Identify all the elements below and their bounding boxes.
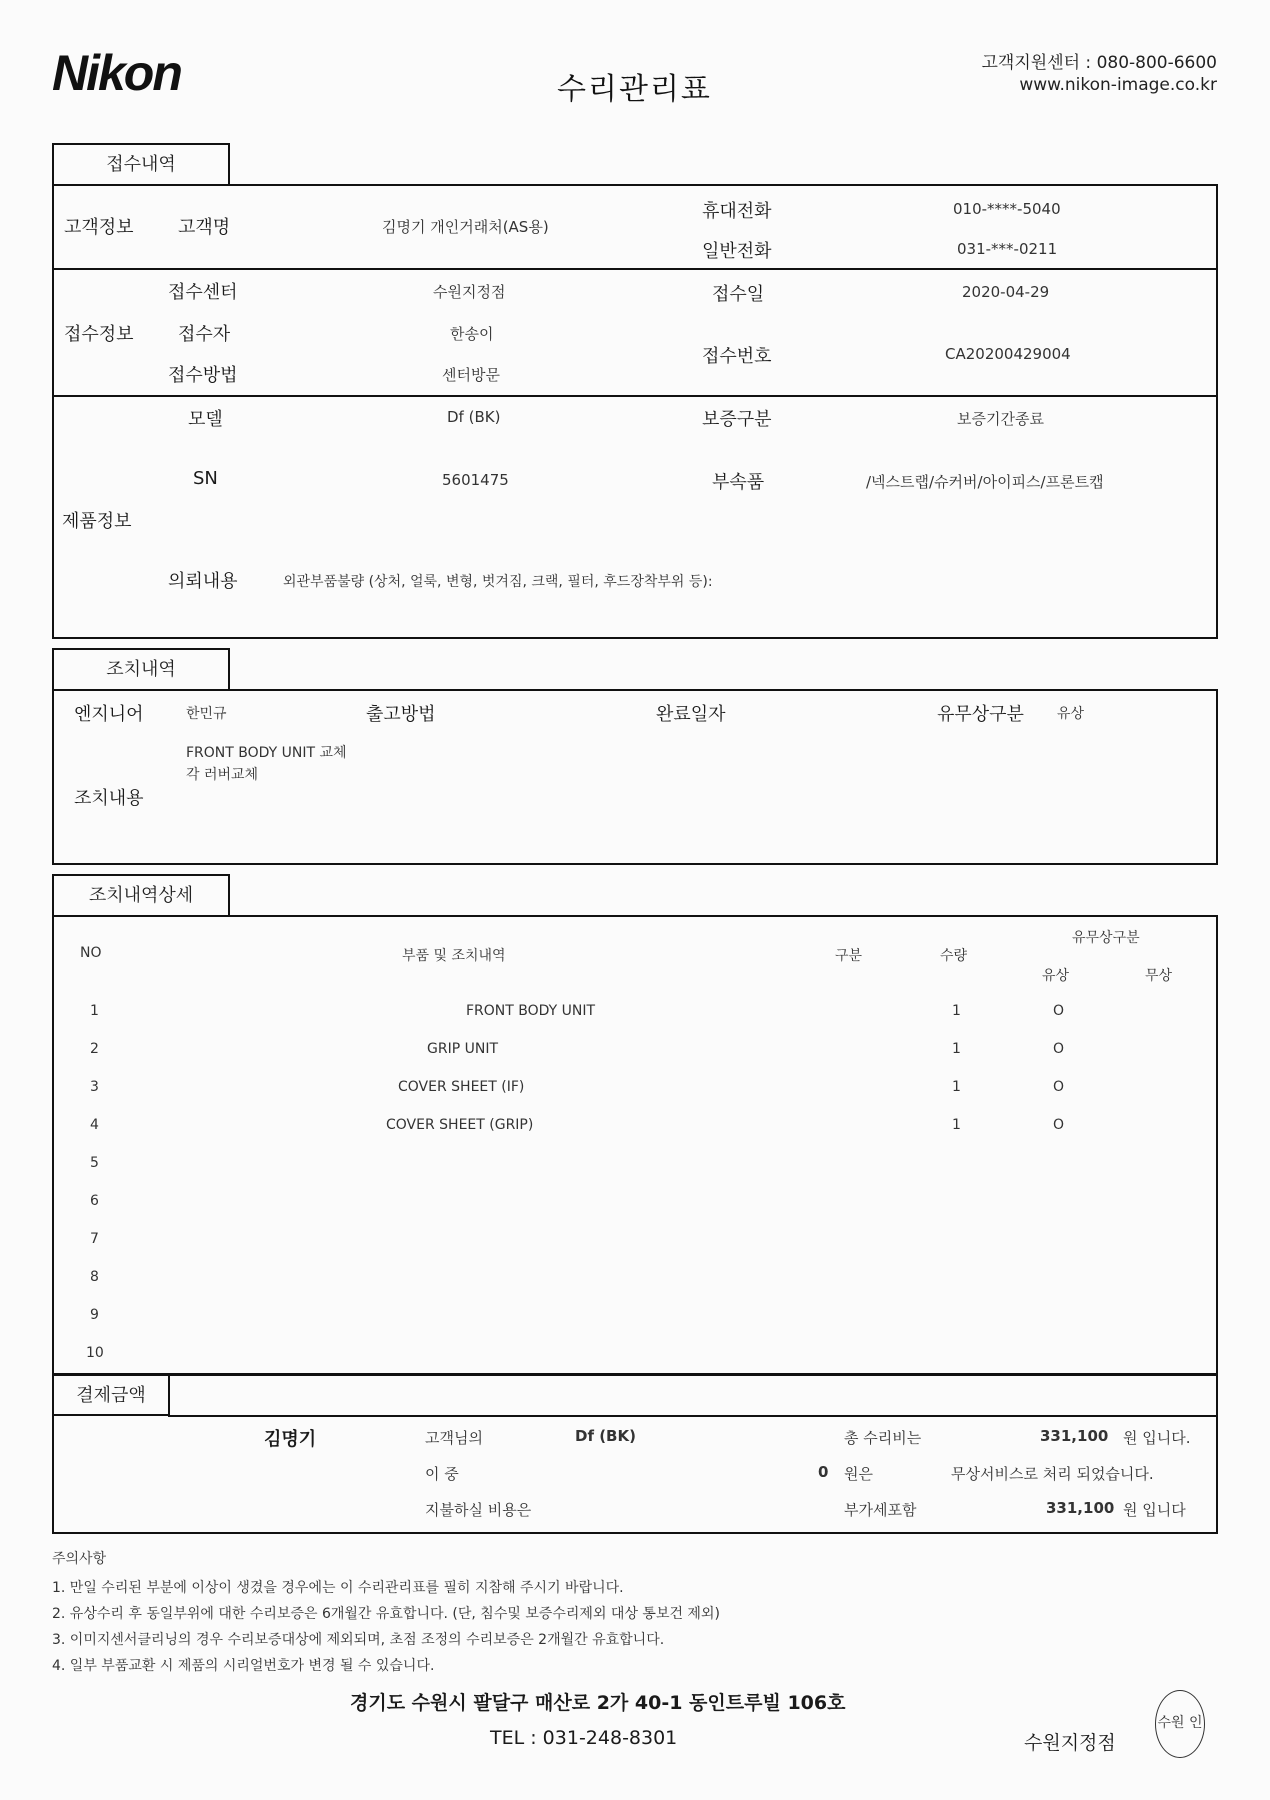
section-tab-reception: 접수내역 [52,143,230,185]
request-value: 외관부품불량 (상처, 얼룩, 변형, 벗겨짐, 크랙, 필터, 후드장착부위 … [283,571,713,591]
col-header-charge-group: 유무상구분 [1072,927,1140,947]
row-item: GRIP UNIT [427,1041,498,1057]
section-tab-detail: 조치내역상세 [52,874,230,916]
note-item: 2. 유상수리 후 동일부위에 대한 수리보증은 6개월간 유효합니다. (단,… [52,1603,720,1623]
total-suffix: 원 입니다. [1123,1427,1191,1448]
footer-tel: TEL : 031-248-8301 [490,1727,677,1749]
row-no: 1 [90,1003,99,1019]
divider [168,1415,1218,1417]
nikon-logo: Nikon [52,44,181,102]
payment-customer-suffix: 고객님의 [425,1427,483,1448]
note-item: 4. 일부 부품교환 시 제품의 시리얼번호가 변경 될 수 있습니다. [52,1655,434,1675]
payable-suffix: 원 입니다 [1123,1499,1186,1520]
engineer-label: 엔지니어 [74,700,144,726]
website-link[interactable]: www.nikon-image.co.kr [1019,75,1217,95]
row-paid: O [1053,1003,1064,1019]
free-text: 무상서비스로 처리 되었습니다. [951,1463,1154,1484]
col-header-qty: 수량 [940,945,967,965]
row-paid: O [1053,1041,1064,1057]
intake-date-label: 접수일 [712,280,764,306]
model-label: 모델 [188,405,223,431]
receiver-label: 접수자 [178,320,230,346]
warranty-value: 보증기간종료 [957,408,1044,429]
payment-model: Df (BK) [575,1427,636,1445]
action-content-label: 조치내용 [74,784,144,810]
row-qty: 1 [952,1003,961,1019]
total-label: 총 수리비는 [844,1427,921,1448]
row-no: 9 [90,1307,99,1323]
serial-number-label: SN [193,468,218,489]
intake-info-label: 접수정보 [64,320,134,346]
col-header-category: 구분 [835,945,862,965]
divider [52,395,1218,397]
row-paid: O [1053,1117,1064,1133]
free-amount: 0 [818,1463,828,1481]
payable-amount: 331,100 [1046,1499,1114,1517]
intake-center-label: 접수센터 [168,278,238,304]
customer-info-label: 고객정보 [64,213,134,239]
accessories-value: /넥스트랩/슈커버/아이피스/프론트캡 [866,471,1104,492]
accessories-label: 부속품 [712,468,764,494]
intake-number-value: CA20200429004 [945,345,1071,363]
phone-label: 일반전화 [702,237,772,263]
engineer-value: 한민규 [186,703,227,723]
row-no: 10 [86,1345,104,1361]
footer-branch: 수원지정점 [1024,1728,1116,1755]
footer-address: 경기도 수원시 팔달구 매산로 2가 40-1 동인트루빌 106호 [350,1688,845,1715]
completion-date-label: 완료일자 [656,700,726,726]
document-title: 수리관리표 [557,64,712,108]
warranty-label: 보증구분 [702,405,772,431]
note-item: 3. 이미지센서클리닝의 경우 수리보증대상에 제외되며, 초점 조정의 수리보… [52,1629,664,1649]
shipping-method-label: 출고방법 [366,700,436,726]
intake-center-value: 수원지정점 [433,281,505,302]
customer-name-label: 고객명 [178,213,230,239]
support-center-phone: 고객지원센터 : 080-800-6600 [982,48,1218,73]
row-no: 6 [90,1193,99,1209]
row-qty: 1 [952,1117,961,1133]
mobile-label: 휴대전화 [702,197,772,223]
col-header-item: 부품 및 조치내역 [402,945,506,965]
row-item: FRONT BODY UNIT [466,1003,595,1019]
total-amount: 331,100 [1040,1427,1108,1445]
product-info-label: 제품정보 [62,507,132,533]
row-qty: 1 [952,1041,961,1057]
row-no: 8 [90,1269,99,1285]
receiver-value: 한송이 [450,323,493,344]
free-unit: 원은 [844,1463,873,1484]
mobile-value: 010-****-5040 [953,200,1061,218]
intake-date-value: 2020-04-29 [962,283,1049,301]
row-qty: 1 [952,1079,961,1095]
col-header-paid: 유상 [1042,965,1069,985]
phone-value: 031-***-0211 [957,240,1057,258]
serial-number-value: 5601475 [442,471,509,489]
action-content-line-2: 각 러버교체 [186,764,258,784]
row-item: COVER SHEET (IF) [398,1079,524,1095]
intake-method-value: 센터방문 [442,364,500,385]
model-value: Df (BK) [447,408,500,426]
section-tab-action: 조치내역 [52,648,230,690]
seal-stamp-icon: 수원 인 [1155,1690,1205,1758]
row-item: COVER SHEET (GRIP) [386,1117,533,1133]
notes-title: 주의사항 [52,1548,106,1568]
divider [52,268,1218,270]
intake-number-label: 접수번호 [702,342,772,368]
payment-box [52,1374,1218,1534]
intake-method-label: 접수방법 [168,361,238,387]
payable-label: 지불하실 비용은 [425,1499,531,1520]
request-label: 의뢰내용 [168,567,238,593]
action-content-line-1: FRONT BODY UNIT 교체 [186,742,347,762]
vat-label: 부가세포함 [844,1499,916,1520]
col-header-free: 무상 [1145,965,1172,985]
row-no: 5 [90,1155,99,1171]
row-no: 7 [90,1231,99,1247]
payment-customer-name: 김명기 [264,1425,316,1451]
of-which-label: 이 중 [425,1463,459,1484]
charge-type-label: 유무상구분 [937,700,1024,726]
row-no: 2 [90,1041,99,1057]
row-no: 3 [90,1079,99,1095]
row-paid: O [1053,1079,1064,1095]
col-header-no: NO [80,945,102,961]
customer-name-value: 김명기 개인거래처(AS용) [382,216,549,237]
row-no: 4 [90,1117,99,1133]
charge-type-value: 유상 [1057,703,1084,723]
note-item: 1. 만일 수리된 부분에 이상이 생겼을 경우에는 이 수리관리표를 필히 지… [52,1577,624,1597]
